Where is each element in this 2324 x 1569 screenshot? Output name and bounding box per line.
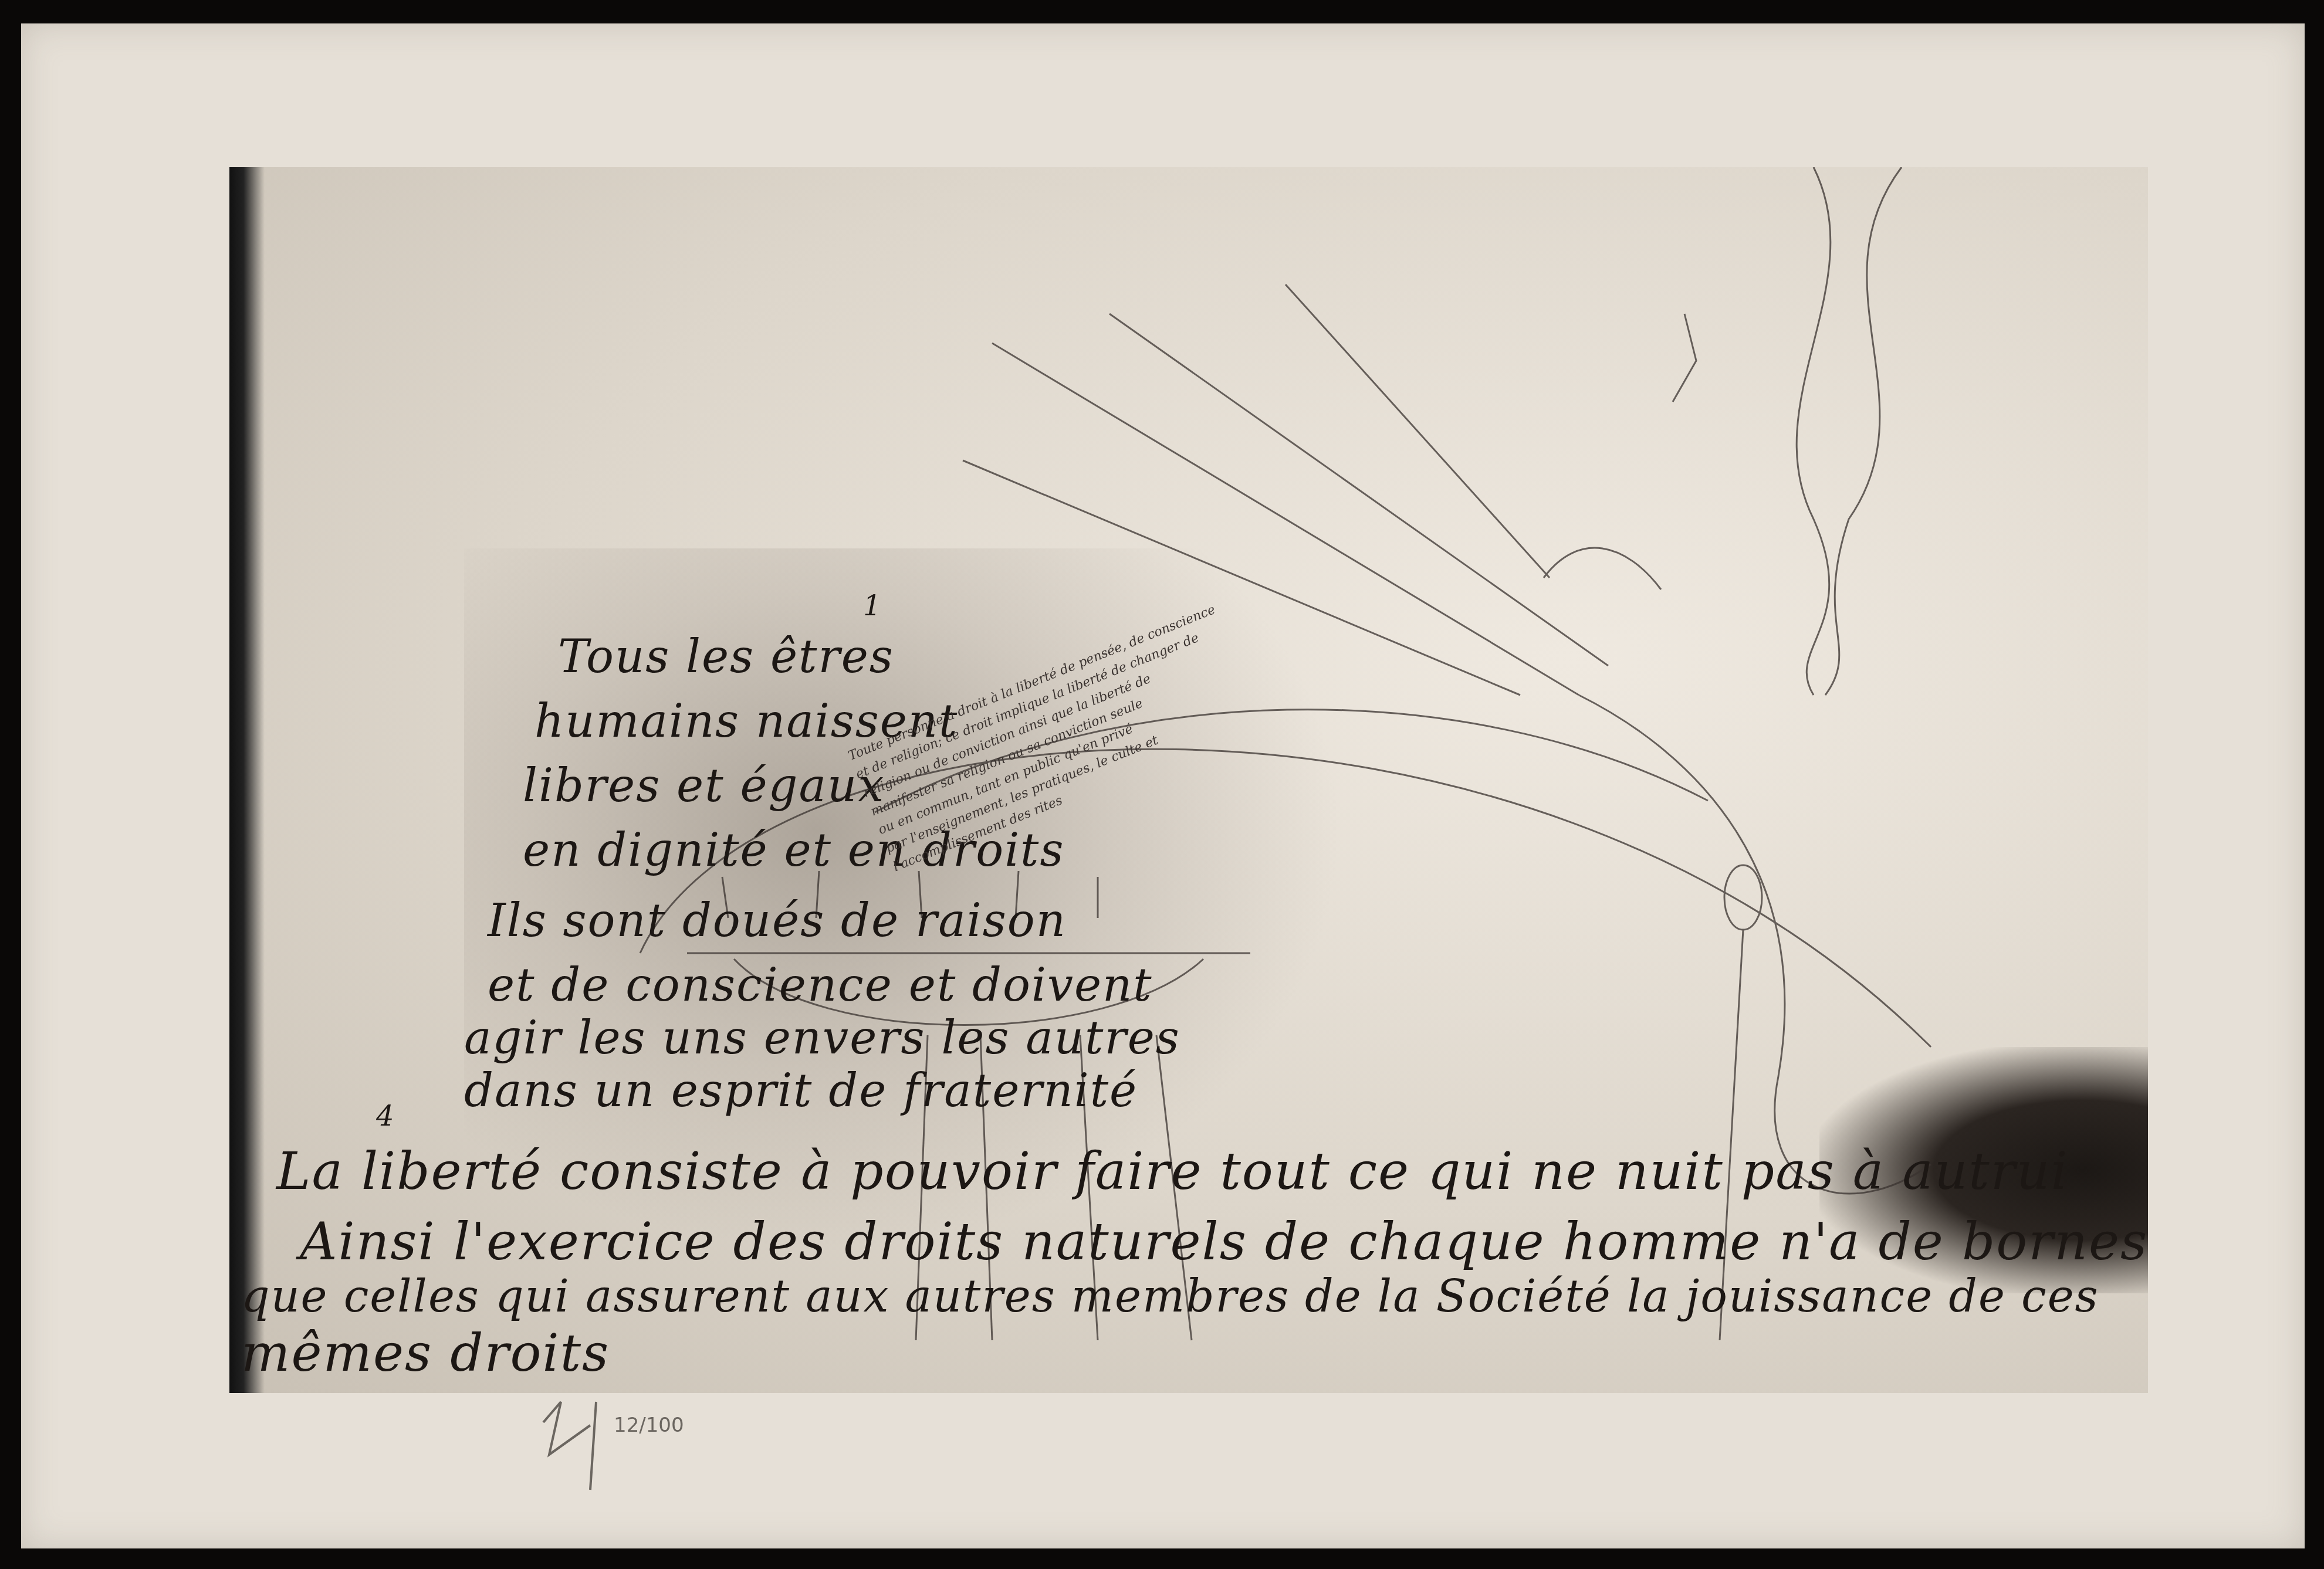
bottom-line: que celles qui assurent aux autres membr…: [241, 1270, 2099, 1322]
poem-line: agir les uns envers les autres: [464, 1012, 1180, 1065]
signature-scribble-icon: [526, 1390, 631, 1507]
bottom-line: La liberté consiste à pouvoir faire tout…: [276, 1141, 2069, 1201]
print-paper: 1 4 Tous les êtres humains naissent libr…: [21, 23, 2305, 1548]
article-mark-4: 4: [376, 1100, 395, 1133]
article-mark-1: 1: [863, 589, 882, 622]
poem-line: et de conscience et doivent: [488, 959, 1153, 1012]
poem-line: dans un esprit de fraternité: [464, 1065, 1138, 1117]
poem-line: Tous les êtres: [558, 631, 894, 683]
bottom-line: Ainsi l'exercice des droits naturels de …: [300, 1211, 2148, 1272]
poem-line: Ils sont doués de raison: [488, 894, 1067, 947]
bottom-line: mêmes droits: [241, 1323, 610, 1383]
poem-line: libres et égaux: [523, 760, 885, 812]
etching-plate: 1 4 Tous les êtres humains naissent libr…: [229, 167, 2148, 1393]
artist-signature: [526, 1390, 631, 1524]
edition-number: 12/100: [614, 1414, 684, 1437]
line-drawing: [229, 167, 2148, 1393]
